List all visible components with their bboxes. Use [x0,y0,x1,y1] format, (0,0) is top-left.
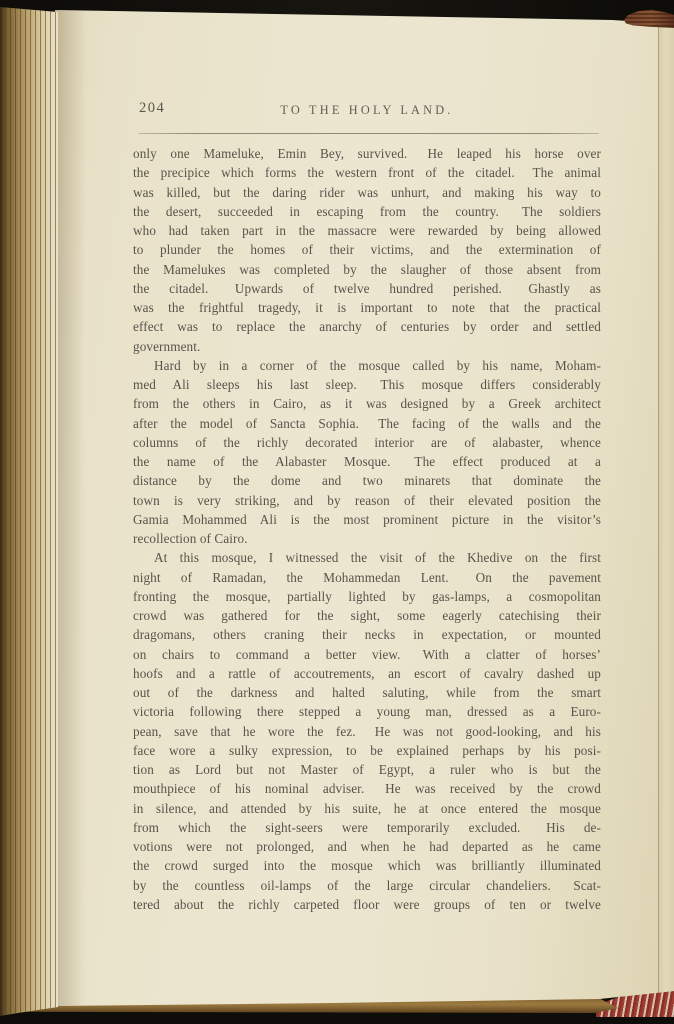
text-line: med Ali sleeps his last sleep. This mosq… [133,375,601,394]
paragraph: Hard by in a corner of the mosque called… [133,356,601,549]
paragraph: only one Mameluke, Emin Bey, survived. H… [133,144,601,356]
paragraph: At this mosque, I witnessed the visit of… [133,548,601,914]
text-line: crowd was gathered for the sight, some e… [133,606,601,625]
text-line: distance by the dome and two minarets th… [133,471,601,490]
text-line: government. [133,337,601,356]
book-page: 204 TO THE HOLY LAND. only one Mameluke,… [55,0,674,1024]
text-line: was the frightful tragedy, it is importa… [133,298,601,317]
header-rule [139,133,599,134]
text-line: the name of the Alabaster Mosque. The ef… [133,452,601,471]
text-line: the citadel. Upwards of twelve hundred p… [133,279,601,298]
text-line: town is very striking, and by reason of … [133,491,601,510]
text-block: only one Mameluke, Emin Bey, survived. H… [133,144,601,914]
adjacent-page-edge [658,0,674,1024]
text-line: by the countless oil-lamps of the large … [133,876,601,895]
text-line: pean, save that he wore the fez. He was … [133,722,601,741]
text-line: out of the darkness and halted saluting,… [133,683,601,702]
text-line: from which the sight-seers were temporar… [133,818,601,837]
text-line: mouthpiece of his nominal adviser. He wa… [133,779,601,798]
text-line: tered about the richly carpeted floor we… [133,895,601,914]
text-line: hoofs and a rattle of accoutrements, an … [133,664,601,683]
text-line: after the model of Sancta Sophia. The fa… [133,414,601,433]
text-line: tion as Lord but not Master of Egypt, a … [133,760,601,779]
running-title: TO THE HOLY LAND. [133,103,601,118]
text-line: recollection of Cairo. [133,529,601,548]
text-line: At this mosque, I witnessed the visit of… [133,548,601,567]
text-line: to plunder the homes of their victims, a… [133,240,601,259]
text-line: effect was to replace the anarchy of cen… [133,317,601,336]
text-line: the desert, succeeded in escaping from t… [133,202,601,221]
text-line: Hard by in a corner of the mosque called… [133,356,601,375]
page-edges-left [0,0,58,1024]
text-line: only one Mameluke, Emin Bey, survived. H… [133,144,601,163]
text-line: from the others in Cairo, as it was desi… [133,394,601,413]
text-line: was killed, but the daring rider was unh… [133,183,601,202]
text-line: the Mamelukes was completed by the slaug… [133,260,601,279]
text-line: on chairs to command a better view. With… [133,645,601,664]
text-line: dragomans, others craning their necks in… [133,625,601,644]
text-line: the crowd surged into the mosque which w… [133,856,601,875]
text-line: who had taken part in the massacre were … [133,221,601,240]
text-line: victoria following there stepped a young… [133,702,601,721]
text-line: votions were not prolonged, and when he … [133,837,601,856]
text-line: face wore a sulky expression, to be expl… [133,741,601,760]
text-line: night of Ramadan, the Mohammedan Lent. O… [133,568,601,587]
text-line: Gamia Mohammed Ali is the most prominent… [133,510,601,529]
text-line: the precipice which forms the western fr… [133,163,601,182]
book-scan: { "book": { "page_number": "204", "runni… [0,0,674,1024]
text-line: fronting the mosque, partially lighted b… [133,587,601,606]
text-line: columns of the richly decorated interior… [133,433,601,452]
text-line: in silence, and attended by his suite, h… [133,799,601,818]
